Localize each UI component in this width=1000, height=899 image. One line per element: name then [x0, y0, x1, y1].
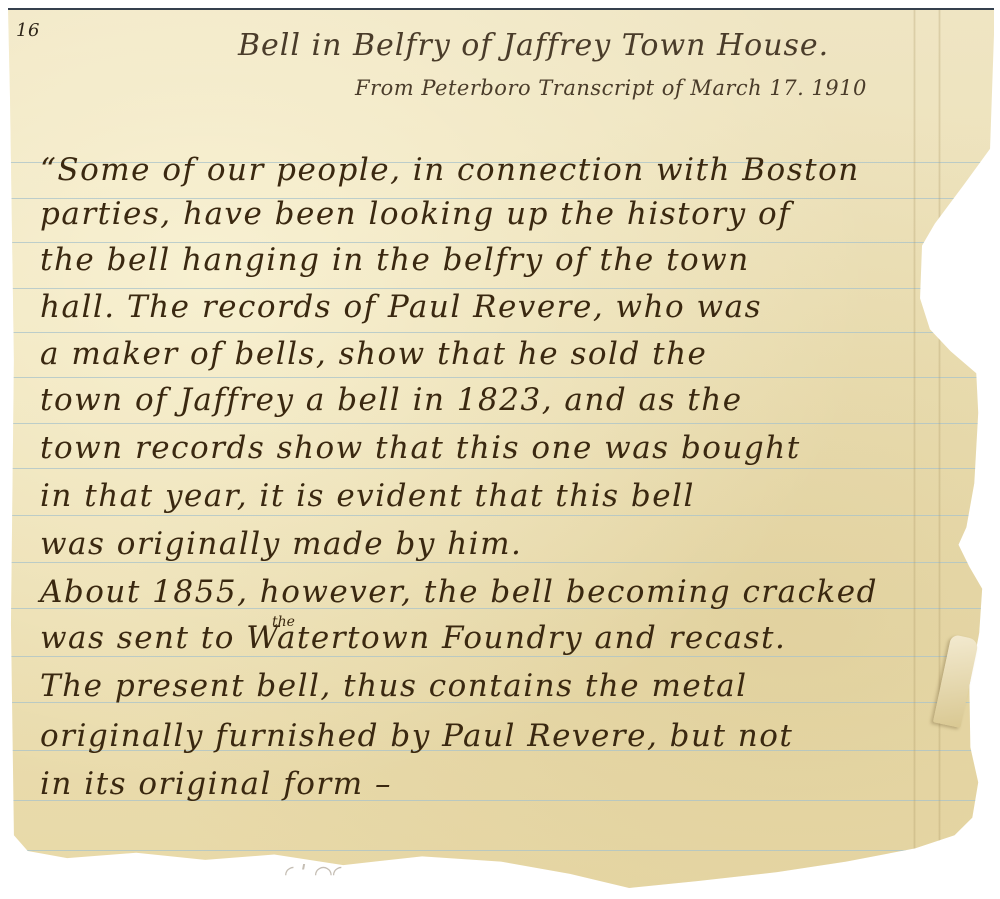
source-citation: From Peterboro Transcript of March 17. 1… [355, 76, 867, 100]
body-line: a maker of bells, show that he sold the [40, 336, 707, 372]
ruled-line [8, 515, 994, 516]
body-line: town records show that this one was boug… [40, 430, 801, 466]
body-line: The present bell, thus contains the meta… [40, 668, 748, 704]
body-line: parties, have been looking up the histor… [40, 196, 791, 232]
document-title: Bell in Belfry of Jaffrey Town House. [238, 28, 829, 63]
body-line: in its original form – [40, 766, 392, 802]
fold-crease [913, 10, 916, 888]
body-line: hall. The records of Paul Revere, who wa… [40, 289, 762, 325]
body-line: town of Jaffrey a bell in 1823, and as t… [40, 382, 743, 418]
ruled-line [8, 468, 994, 469]
ruled-line [8, 377, 994, 378]
ruled-line [8, 850, 994, 851]
ruled-line [8, 656, 994, 657]
ruled-line [8, 423, 994, 424]
body-line: About 1855, however, the bell becoming c… [40, 574, 878, 610]
body-line: the bell hanging in the belfry of the to… [40, 242, 750, 278]
scan-canvas: 16 Bell in Belfry of Jaffrey Town House.… [0, 0, 1000, 899]
ruled-line [8, 562, 994, 563]
body-line: originally furnished by Paul Revere, but… [40, 718, 793, 754]
faint-ink-trace: ◜ ˈ ◠◜ [285, 862, 341, 887]
body-line: “Some of our people, in connection with … [40, 152, 860, 188]
body-line: in that year, it is evident that this be… [40, 478, 695, 514]
fold-crease [938, 10, 941, 888]
ruled-line [8, 332, 994, 333]
page-number: 16 [16, 20, 40, 41]
body-line: was sent to Watertown Foundry and recast… [40, 620, 786, 656]
body-line: was originally made by him. [40, 526, 522, 562]
